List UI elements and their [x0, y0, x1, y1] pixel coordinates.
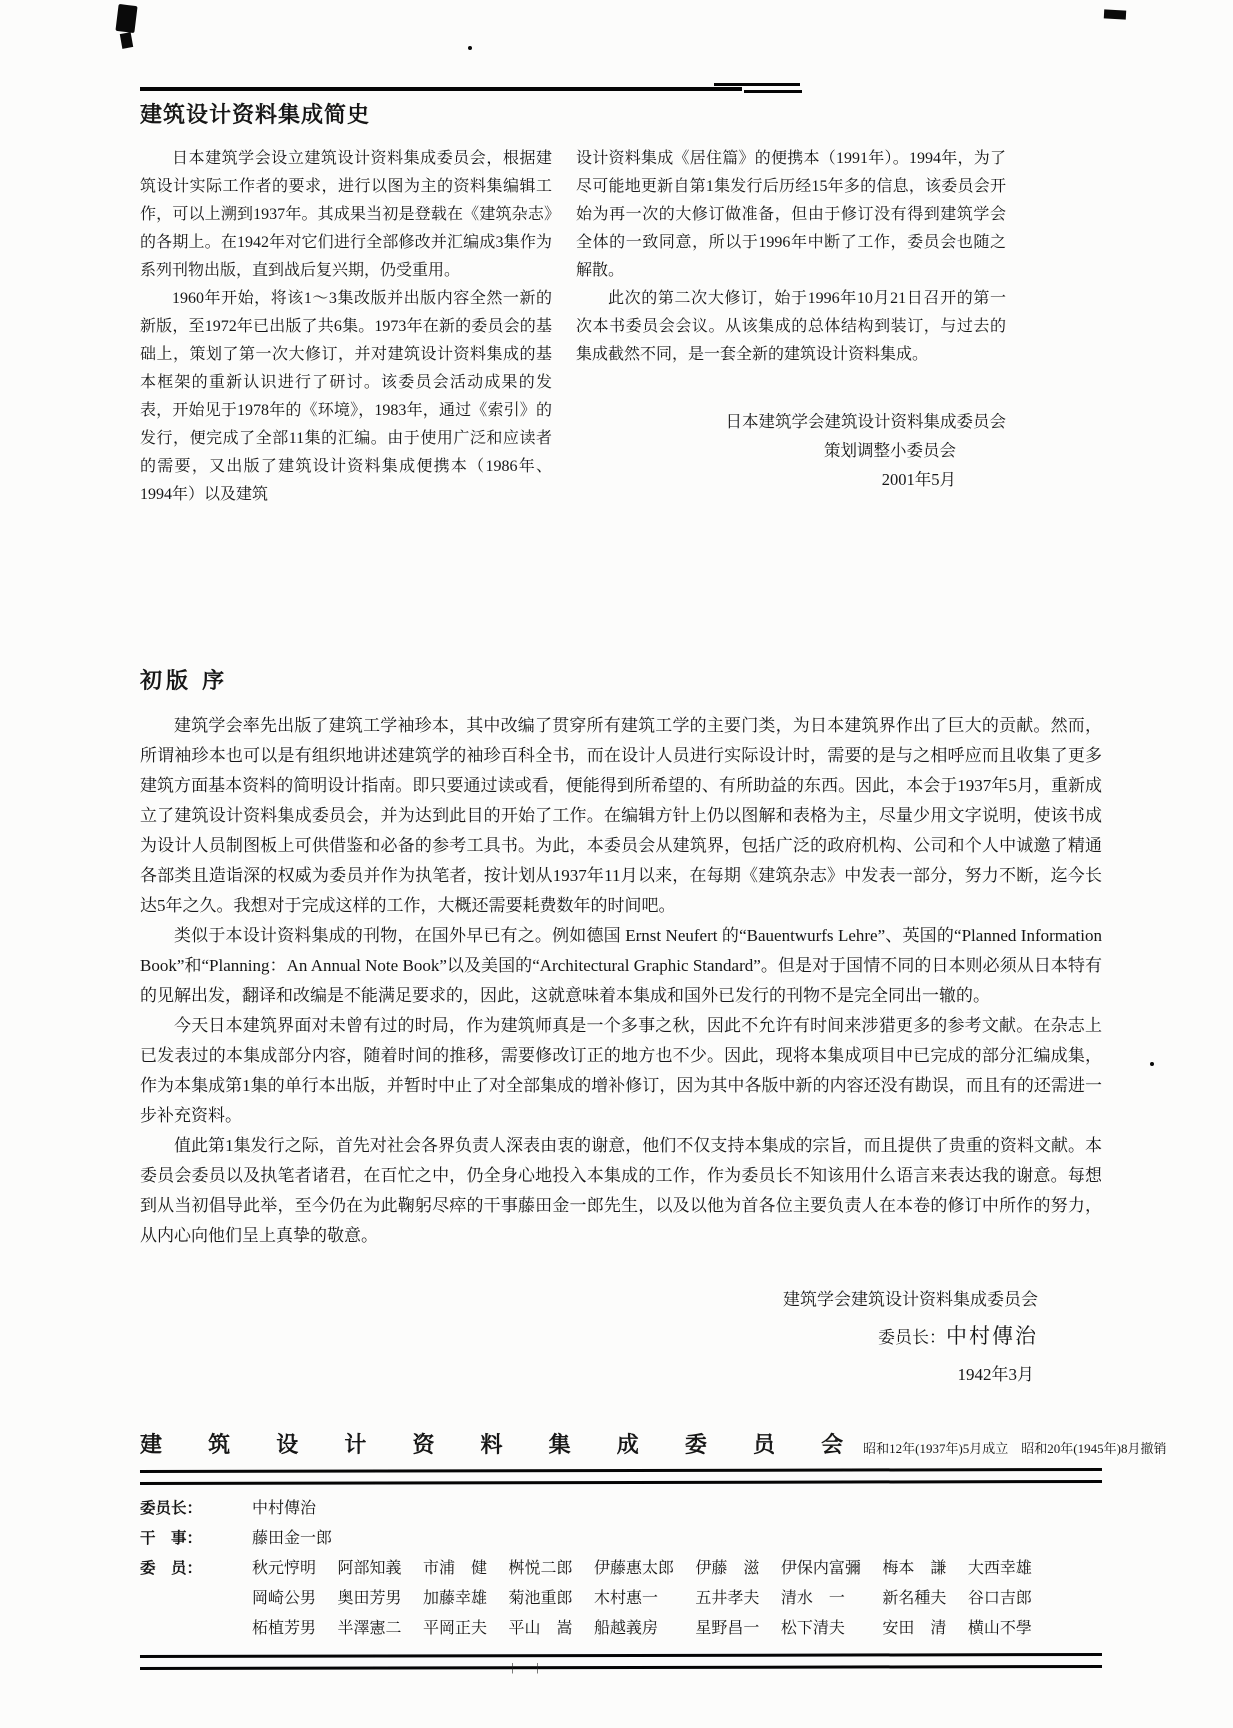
role-label: 干 事： — [140, 1524, 252, 1554]
member-name: 伊保内富彌 — [781, 1554, 861, 1584]
member-name: 阿部知義 — [337, 1554, 401, 1584]
member-name: 木村惠一 — [594, 1584, 674, 1614]
history-columns: 日本建筑学会设立建筑设计资料集成委员会，根据建筑设计实际工作者的要求，进行以图为… — [140, 145, 1006, 509]
signoff-date: 1942年3月 — [140, 1356, 1038, 1393]
history-title: 建筑设计资料集成简史 — [140, 98, 1006, 129]
signoff-chairman: 委员长：中村傳治 — [140, 1318, 1038, 1356]
signoff-organization: 日本建筑学会建筑设计资料集成委员会 — [576, 407, 1006, 436]
preface-title: 初版 序 — [140, 664, 1102, 695]
member-name: 清水 一 — [781, 1584, 861, 1614]
member-name: 伊藤惠太郎 — [594, 1554, 674, 1584]
history-paragraph: 日本建筑学会设立建筑设计资料集成委员会，根据建筑设计实际工作者的要求，进行以图为… — [140, 145, 552, 285]
committee-top-rule — [140, 1468, 1102, 1485]
member-name: 梅本 謙 — [882, 1554, 946, 1584]
scan-speck — [1150, 1062, 1154, 1066]
chairman-name: 中村傳治 — [946, 1324, 1038, 1348]
member-name: 加藤幸雄 — [423, 1584, 487, 1614]
signoff-organization: 建筑学会建筑设计资料集成委员会 — [140, 1281, 1038, 1318]
committee-bottom-rule — [140, 1653, 1102, 1670]
chairman-label: 委员长： — [878, 1328, 946, 1347]
member-name: 平山 嵩 — [508, 1614, 572, 1644]
committee-dates: 昭和12年(1937年)5月成立 昭和20年(1945年)8月撤销 — [863, 1438, 1166, 1459]
member-name: 秋元悙明 — [252, 1554, 316, 1584]
role-label: 委 员： — [140, 1554, 252, 1584]
top-divider-rule-artifact — [714, 83, 800, 86]
history-signoff: 日本建筑学会建筑设计资料集成委员会 策划调整小委员会 2001年5月 — [576, 407, 1006, 494]
preface-paragraph: 类似于本设计资料集成的刊物，在国外早已有之。例如德国 Ernst Neufert… — [140, 921, 1102, 1011]
scan-speck — [468, 46, 472, 50]
role-label: 委员长： — [140, 1494, 252, 1524]
history-paragraph: 设计资料集成《居住篇》的便携本（1991年）。1994年，为了尽可能地更新自第1… — [576, 145, 1006, 285]
committee-section: 建 筑 设 计 资 料 集 成 委 员 会 昭和12年(1937年)5月成立 昭… — [140, 1428, 1102, 1669]
member-name: 柘植芳男 — [252, 1614, 316, 1644]
top-divider-rule-artifact — [744, 90, 802, 93]
scan-artifact-corner — [115, 4, 137, 33]
roster-row-secretary: 干 事： 藤田金一郎 — [140, 1524, 1102, 1554]
top-divider-rule — [140, 87, 742, 91]
scan-artifact-edge — [1104, 9, 1126, 19]
member-name: 奥田芳男 — [337, 1584, 401, 1614]
committee-header: 建 筑 设 计 资 料 集 成 委 员 会 昭和12年(1937年)5月成立 昭… — [140, 1428, 1102, 1459]
member-name: 安田 清 — [882, 1614, 946, 1644]
member-name: 松下清夫 — [781, 1614, 861, 1644]
member-name: 新名種夫 — [882, 1584, 946, 1614]
role-value: 中村傳治 — [252, 1494, 316, 1524]
preface-section: 初版 序 建筑学会率先出版了建筑工学袖珍本，其中改编了贯穿所有建筑工学的主要门类… — [140, 664, 1102, 1393]
member-name: 星野昌一 — [695, 1614, 759, 1644]
roster-row-chairman: 委员长： 中村傳治 — [140, 1494, 1102, 1524]
page-number-mark: | | — [500, 1660, 560, 1675]
member-name: 横山不學 — [968, 1614, 1032, 1644]
scanned-document-page: 建筑设计资料集成简史 日本建筑学会设立建筑设计资料集成委员会，根据建筑设计实际工… — [0, 0, 1233, 1728]
committee-roster: 委员长： 中村傳治 干 事： 藤田金一郎 委 员： 秋元悙明 阿部知義 市浦 健… — [140, 1494, 1102, 1644]
preface-paragraph: 今天日本建筑界面对未曾有过的时局，作为建筑师真是一个多事之秋，因此不允许有时间来… — [140, 1011, 1102, 1131]
signoff-subcommittee: 策划调整小委员会 — [576, 436, 1006, 465]
signoff-date: 2001年5月 — [576, 465, 1006, 494]
history-right-column: 设计资料集成《居住篇》的便携本（1991年）。1994年，为了尽可能地更新自第1… — [576, 145, 1006, 509]
member-name: 大西幸雄 — [968, 1554, 1032, 1584]
history-section: 建筑设计资料集成简史 日本建筑学会设立建筑设计资料集成委员会，根据建筑设计实际工… — [140, 98, 1006, 509]
preface-paragraph: 值此第1集发行之际，首先对社会各界负责人深表由衷的谢意，他们不仅支持本集成的宗旨… — [140, 1131, 1102, 1251]
members-grid: 秋元悙明 阿部知義 市浦 健 桝悦二郎 伊藤惠太郎 伊藤 滋 伊保内富彌 梅本 … — [252, 1554, 1102, 1644]
member-name: 五井孝夫 — [695, 1584, 759, 1614]
member-name: 伊藤 滋 — [695, 1554, 759, 1584]
member-name: 平岡正夫 — [423, 1614, 487, 1644]
history-paragraph: 1960年开始，将该1～3集改版并出版内容全然一新的新版，至1972年已出版了共… — [140, 285, 552, 509]
member-name: 市浦 健 — [423, 1554, 487, 1584]
preface-signoff: 建筑学会建筑设计资料集成委员会 委员长：中村傳治 1942年3月 — [140, 1281, 1102, 1393]
member-name: 菊池重郎 — [508, 1584, 572, 1614]
member-name: 半澤憲二 — [337, 1614, 401, 1644]
history-paragraph: 此次的第二次大修订，始于1996年10月21日召开的第一次本书委员会会议。从该集… — [576, 285, 1006, 369]
member-name: 谷口吉郎 — [968, 1584, 1032, 1614]
preface-paragraph: 建筑学会率先出版了建筑工学袖珍本，其中改编了贯穿所有建筑工学的主要门类，为日本建… — [140, 711, 1102, 921]
member-name: 桝悦二郎 — [508, 1554, 572, 1584]
committee-title: 建 筑 设 计 资 料 集 成 委 员 会 — [140, 1428, 863, 1459]
role-value: 藤田金一郎 — [252, 1524, 332, 1554]
member-name: 船越義房 — [594, 1614, 674, 1644]
history-left-column: 日本建筑学会设立建筑设计资料集成委员会，根据建筑设计实际工作者的要求，进行以图为… — [140, 145, 552, 509]
member-name: 岡崎公男 — [252, 1584, 316, 1614]
scan-artifact-corner — [120, 32, 133, 49]
roster-row-members: 委 员： 秋元悙明 阿部知義 市浦 健 桝悦二郎 伊藤惠太郎 伊藤 滋 伊保内富… — [140, 1554, 1102, 1644]
